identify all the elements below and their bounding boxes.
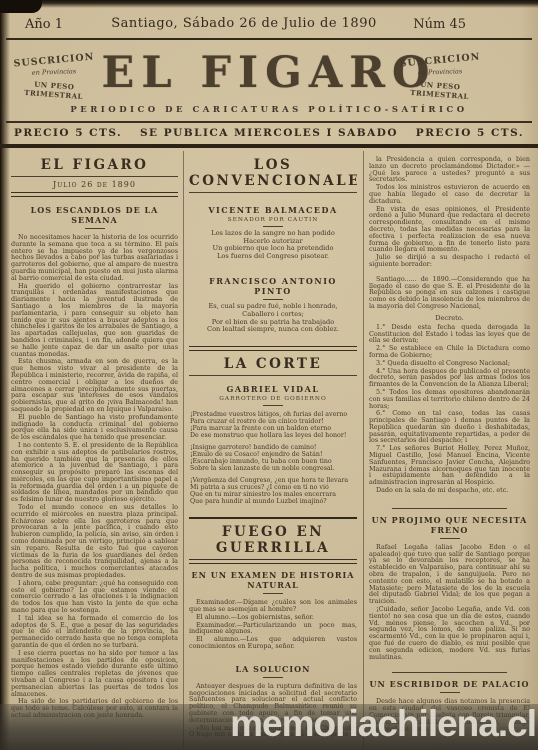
subscription-badge-left: SUSCRICION en Provincias UN PESO TRIMEST… — [8, 55, 100, 99]
masthead-rule-thick — [0, 144, 538, 148]
ornament-dash — [440, 538, 460, 539]
decree-block: Santiago...... de 1890.—Considerando que… — [369, 276, 530, 494]
person-role-vidal: GARROTERO DE GOBIERNO — [189, 396, 357, 402]
newspaper-subtitle: PERIODICO DE CARICATURAS POLÍTICO-SATÍRI… — [0, 105, 538, 115]
dialogue-line: El alumno.—Los que adquieren vastos cono… — [189, 636, 357, 650]
verse-balmaceda: Los lazos de la sangre no han podido Hac… — [189, 230, 357, 260]
decree-label: Decreto. — [369, 314, 530, 322]
article-body-continuation: la Presidencia a quien corresponda, o bi… — [369, 156, 530, 268]
badge-line-trimestral: UN PESO TRIMESTRAL — [7, 78, 100, 102]
article-title-escribidor: UN ESCRIBIDOR DE PALACIO — [369, 679, 530, 689]
verse-pinto: Es, cual su padre fué, noble i honrado, … — [189, 303, 357, 333]
decree-item: 1.° Desde esta fecha queda derogada la C… — [369, 324, 530, 344]
ornament-dash — [440, 692, 460, 693]
decree-item: 6.° Como en tal caso, todas las casas pr… — [369, 410, 530, 444]
article-body-projimo: Rafael Legaña (alias Jacobo Eden o el ap… — [369, 544, 530, 661]
dialogue-line: El alumno.—Los gobiernistas, señor. — [189, 614, 357, 621]
divider-rule-double — [189, 346, 357, 351]
divider-rule-double — [189, 559, 357, 564]
decree-item: 2.° Se establece en Chile la Dictadura c… — [369, 345, 530, 359]
dialogue-examen: Examinador.—Dígame ¿cuáles son los anima… — [189, 599, 357, 650]
divider-rule — [392, 508, 508, 509]
column-divider — [183, 151, 184, 750]
divider-rule — [189, 375, 357, 376]
article-paragraph: Todos los ministros estuvieron de acuerd… — [369, 184, 530, 204]
subsection-title-solucion: LA SOLUCION — [189, 664, 357, 674]
ornament-dash — [263, 405, 283, 406]
poem-stanza: ¡Insigne garrotero! bandido de camino! ¡… — [190, 444, 357, 472]
masthead-rule — [6, 121, 532, 123]
left-column-header: EL FIGARO — [11, 157, 178, 173]
article-paragraph: Ha querido el gobierno contrarrestar las… — [11, 283, 178, 358]
article-paragraph: I tal idea se ha formado el comercio de … — [11, 615, 178, 649]
decree-item: 7.° Los señores Buriot Holley, Perez Muñ… — [369, 445, 530, 486]
decree-item: 5.° Todos los demas opositores abandonar… — [369, 389, 530, 409]
article-paragraph: I no contento S. E. el presidente de la … — [11, 442, 178, 503]
divider-rule — [189, 192, 357, 193]
watermark-text: memoriachilena.cl — [230, 703, 536, 745]
ornament-dash — [263, 677, 283, 678]
article-title-projimo: UN PROJIMO QUE NECESITA FRENO — [369, 515, 530, 535]
article-paragraph: Julio se dirijió a su despacho i redactó… — [369, 254, 530, 268]
ornament-dash — [263, 593, 283, 594]
person-role-balmaceda: SENADOR POR CAUTIN — [189, 217, 357, 223]
decree-item: 4.° Una hora despues de publicado el pre… — [369, 368, 530, 388]
person-name-pinto: FRANCISCO ANTONIO PINTO — [189, 276, 357, 296]
divider-rule-double — [11, 192, 178, 197]
masthead-rule — [6, 38, 532, 40]
date-line: Santiago, Sábado 26 de Julio de 1890 — [60, 16, 428, 31]
price-right: PRECIO 5 CTS. — [416, 127, 524, 139]
poem-stanza: ¡Vergüenza del Congreso, ¿en que hora te… — [190, 477, 357, 505]
divider-rule-thick — [189, 517, 357, 520]
decree-item: 3.° Queda disuelto el Congreso Nacional; — [369, 360, 530, 367]
ornament-dash — [263, 299, 283, 300]
article-paragraph: Todo el mundo conoce en sus detalles lo … — [11, 504, 178, 579]
article-paragraph: I ese cierra puertas no ha sido por temo… — [11, 650, 178, 698]
edition-date: Julio 26 de 1890 — [11, 180, 178, 189]
article-paragraph: Rafael Legaña (alias Jacobo Eden o el ap… — [369, 544, 530, 605]
dialogue-line: Examinador.—Particularizando un poco mas… — [189, 622, 357, 636]
column-right: la Presidencia a quien corresponda, o bi… — [369, 152, 530, 750]
divider-rule — [11, 176, 178, 177]
decree-intro: Santiago...... de 1890.—Considerando que… — [369, 276, 530, 310]
article-body-escandalos: No necesitamos hacer la historia de los … — [11, 234, 178, 719]
price-left: PRECIO 5 CTS. — [14, 127, 122, 139]
article-title-escandalos: LOS ESCANDLOS DE LA SEMANA — [11, 205, 178, 225]
dialogue-line: Examinador.—Dígame ¿cuáles son los anima… — [189, 599, 357, 613]
article-paragraph: No necesitamos hacer la historia de los … — [11, 234, 178, 282]
newspaper-page: Año 1 Santiago, Sábado 26 de Julio de 18… — [0, 0, 538, 750]
column-divider — [363, 151, 364, 750]
issue-number: Núm 45 — [413, 17, 466, 32]
scan-corner-shadow — [0, 0, 42, 13]
publication-schedule: SE PUBLICA MIERCOLES I SABADO — [140, 127, 398, 139]
badge-line-trimestral: UN PESO TRIMESTRAL — [393, 78, 486, 102]
section-title-convencionales: LOS CONVENCIONALES — [189, 157, 357, 189]
section-title-fuego: FUEGO EN GUERRILLA — [189, 524, 357, 556]
article-paragraph: El pueblo de Santiago ha visto profundam… — [11, 414, 178, 441]
person-name-vidal: GABRIEL VIDAL — [189, 384, 357, 394]
column-left: EL FIGARO Julio 26 de 1890 LOS ESCANDLOS… — [11, 152, 178, 750]
article-paragraph: I ahora, cabe preguntar: ¿qué ha consegu… — [11, 580, 178, 614]
person-name-balmaceda: VICENTE BALMACEDA — [189, 205, 357, 215]
divider-rule — [392, 672, 508, 673]
article-paragraph: ¡Cuidado, señor Jacobo Legaña, ande Vd. … — [369, 606, 530, 660]
article-paragraph: la Presidencia a quien corresponda, o bi… — [369, 156, 530, 183]
article-paragraph: En vista de esas opiniones, el President… — [369, 206, 530, 254]
section-title-corte: LA CORTE — [189, 356, 357, 372]
column-middle: LOS CONVENCIONALES VICENTE BALMACEDA SEN… — [189, 152, 357, 750]
poem-stanza: ¡Prestadme vuestros látigos, oh furias d… — [190, 411, 357, 439]
subsection-title-examen: EN UN EXAMEN DE HISTORIA NATURAL — [189, 570, 357, 590]
ornament-dash — [263, 226, 283, 227]
subscription-badge-right: SUSCRICION en Provincias UN PESO TRIMEST… — [394, 55, 486, 99]
article-paragraph: Esta chusma, armada en son de guerra, es… — [11, 358, 178, 412]
ornament-dash — [85, 228, 105, 229]
scan-edge-top — [0, 0, 538, 8]
price-row: PRECIO 5 CTS. SE PUBLICA MIERCOLES I SAB… — [14, 127, 524, 139]
year-label: Año 1 — [25, 17, 63, 32]
decree-closing: Dado en la sala de mi despacho, etc. etc… — [369, 487, 530, 494]
